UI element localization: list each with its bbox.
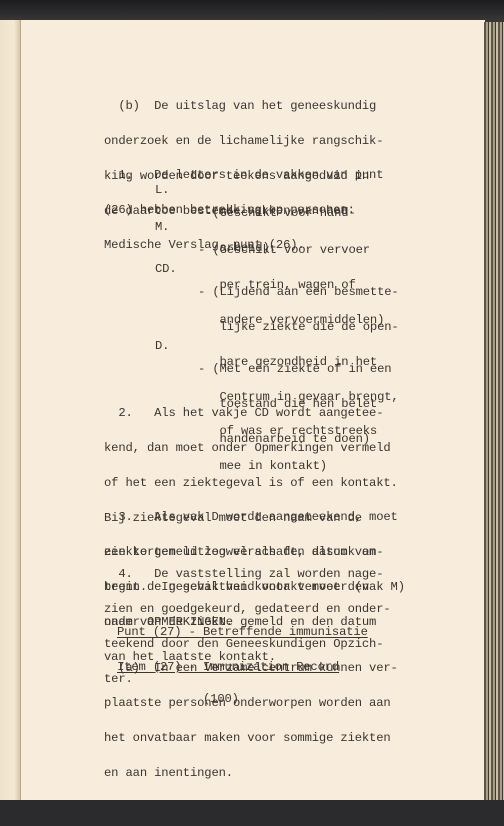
- heading-line-dutch: Punt (27) - Betreffende immunisatie: [117, 627, 368, 639]
- code-m-label: M.: [155, 222, 169, 234]
- text-line: - (Met een ziekte of in een: [198, 364, 391, 376]
- paragraph-a: (a) In een Verzamelcentrum kunnen ver- p…: [104, 640, 398, 791]
- text-line: - (Geschikt voor vervoer: [198, 245, 384, 257]
- text-line: kend, dan moet onder Opmerkingen vermeld: [104, 443, 398, 455]
- page-number: (100): [203, 694, 239, 706]
- text-line: - (Geschikt voor hand-: [198, 208, 356, 220]
- text-line: - (Lijdend aan een besmette-: [198, 287, 399, 299]
- text-line: 1. De letters in de vakken van punt: [104, 170, 383, 182]
- text-line: 3. Als vak D wordt aangeteekend, moet: [104, 512, 405, 524]
- text-line: en aan inentingen.: [104, 768, 398, 780]
- book-page-edges: [484, 22, 504, 806]
- text-line: plaatste personen onderworpen worden aan: [104, 698, 398, 710]
- text-line: 2. Als het vakje CD wordt aangetee-: [104, 408, 398, 420]
- scan-top-shadow: [0, 0, 504, 22]
- text-line: of het een ziektegeval is of een kontakt…: [104, 478, 398, 490]
- left-page-edge: [0, 20, 21, 806]
- text-line: (a) In een Verzamelcentrum kunnen ver-: [104, 663, 398, 675]
- text-line: onderzoek en de lichamelijke rangschik-: [104, 136, 383, 148]
- code-l-label: L.: [155, 185, 169, 197]
- text-line: (b) De uitslag van het geneeskundig: [104, 101, 383, 113]
- text-line: 4. De vaststelling zal worden nage-: [104, 569, 391, 581]
- scan-bottom-shadow: [0, 800, 504, 826]
- text-line: lijke ziekte die de open-: [198, 322, 399, 334]
- code-cd-label: CD.: [155, 264, 177, 276]
- text-line: het onvatbaar maken voor sommige ziekten: [104, 733, 398, 745]
- code-d-label: D.: [155, 341, 169, 353]
